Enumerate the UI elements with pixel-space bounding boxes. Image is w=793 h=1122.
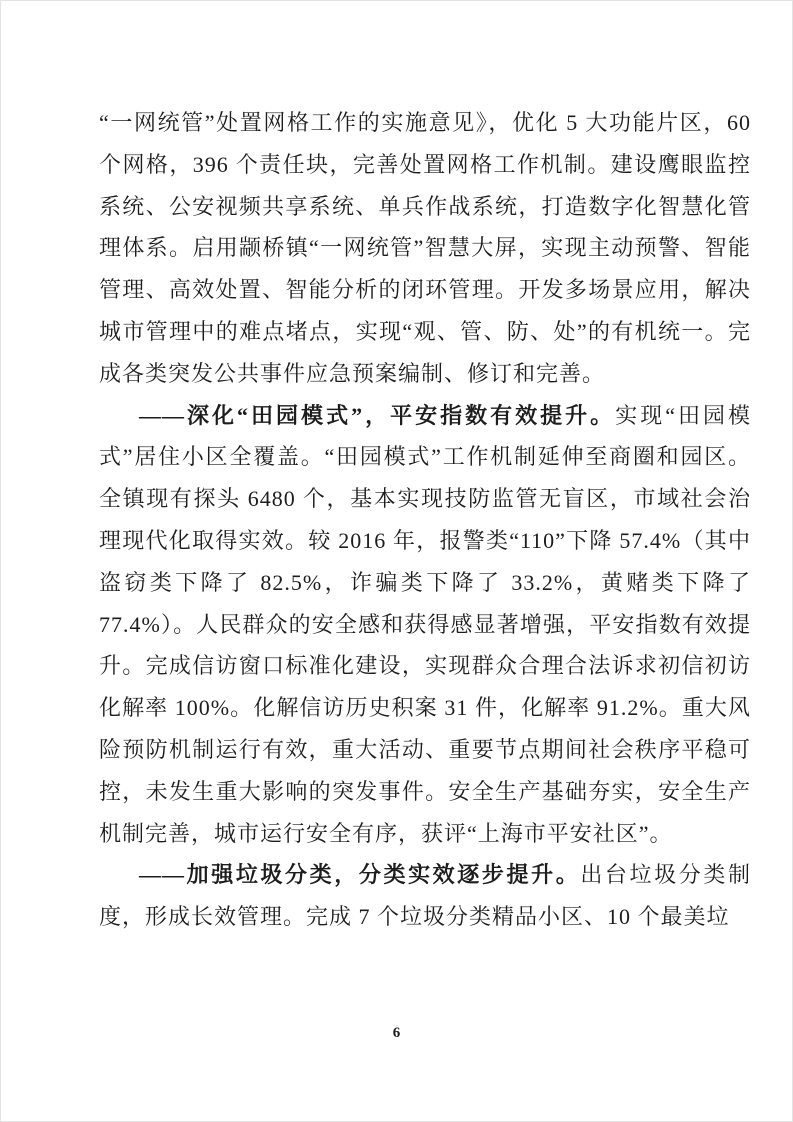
page-number: 6 [393,1025,401,1041]
section-heading-run: ——深化“田园模式”，平安指数有效提升。 [139,403,615,428]
section-heading-run: ——加强垃圾分类，分类实效逐步提升。 [139,862,580,887]
paragraph: ——加强垃圾分类，分类实效逐步提升。出台垃圾分类制度，形成长效管理。完成 7 个… [99,854,751,938]
page-footer: 6 [1,1025,792,1042]
paragraph: “一网统管”处置网格工作的实施意见》，优化 5 大功能片区，60 个网格，396… [99,102,751,395]
document-body: “一网统管”处置网格工作的实施意见》，优化 5 大功能片区，60 个网格，396… [99,102,751,938]
text-run: 实现“田园模式”居住小区全覆盖。“田园模式”工作机制延伸至商圈和园区。全镇现有探… [99,403,751,846]
text-run: “一网统管”处置网格工作的实施意见》，优化 5 大功能片区，60 个网格，396… [99,110,751,386]
paragraph: ——深化“田园模式”，平安指数有效提升。实现“田园模式”居住小区全覆盖。“田园模… [99,395,751,855]
document-page: “一网统管”处置网格工作的实施意见》，优化 5 大功能片区，60 个网格，396… [0,0,793,1122]
